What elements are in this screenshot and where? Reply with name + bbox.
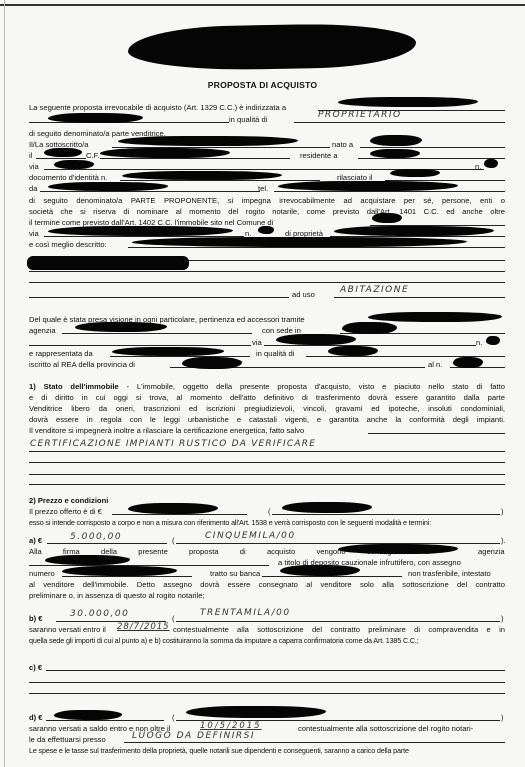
d-date: 10/5/2015 (200, 721, 262, 731)
paren-open: ( (172, 614, 175, 623)
redacted-rea-provincia (182, 357, 242, 369)
redacted-civico (484, 159, 498, 168)
intro-line-1: La seguente proposta irrevocabile di acq… (29, 103, 329, 112)
scan-border (0, 4, 525, 6)
redacted-rilascio (390, 169, 440, 177)
a-line-5: preliminare o, in assenza di questo al r… (29, 591, 205, 600)
section2-heading: 2) Prezzo e condizioni (29, 496, 108, 505)
redacted-cf (100, 148, 230, 158)
redacted-banca (280, 565, 360, 576)
redacted-immobile-via (48, 226, 233, 236)
section1-line-4: dovrà essere in regola con le leggi urba… (29, 415, 505, 424)
b-entro-label: saranno versati entro il (29, 625, 106, 634)
in-qualita-label: in qualità di (229, 115, 267, 124)
redacted-residenza (370, 149, 420, 158)
section1-line-5: Il venditore si impegnerà inoltre a rila… (29, 426, 304, 435)
redacted-rea-numero (453, 357, 483, 368)
paren-open: ( (172, 536, 175, 545)
redacted-birthdate (44, 148, 82, 157)
redacted-qualita (328, 346, 378, 356)
redacted-d-importo (54, 710, 122, 720)
b-label: b) € (29, 614, 43, 623)
section1-heading: 1) Stato dell'immobile (29, 382, 119, 391)
b-words: TRENTAMILA/00 (200, 608, 291, 618)
cf-label: C.F. (86, 151, 100, 160)
rea-label: iscritto al REA della provincia di (29, 360, 135, 369)
n-label: n. (475, 162, 481, 171)
tel-label: tel. (258, 184, 268, 193)
agenzia-label: agenzia (29, 326, 56, 335)
redacted-documento (122, 171, 282, 180)
redacted-header-logo (128, 22, 417, 71)
redacted-rappresentante (112, 347, 224, 356)
da-label: da (29, 184, 37, 193)
redacted-descrizione-1 (132, 237, 467, 247)
paren-close: ) (501, 614, 504, 623)
a-label: a) € (29, 536, 42, 545)
a-words: CINQUEMILA/00 (205, 531, 296, 541)
proponente-via-label: via (29, 229, 39, 238)
prezzo-label: Il prezzo offerto è di € (29, 507, 102, 516)
in-qualita-value: PROPRIETARIO (318, 110, 402, 120)
redacted-assegno-numero (62, 566, 177, 576)
b-date: 28/7/2015 (117, 622, 170, 632)
redacted-via (54, 160, 94, 169)
il-label: il (29, 151, 32, 160)
d-saldo-rest: contestualmente alla sottoscrizione del … (298, 724, 473, 733)
redacted-ente (48, 182, 168, 191)
agenzia-line-1: Del quale è stata presa visione in ogni … (29, 315, 305, 324)
redacted-sede (342, 322, 397, 334)
b-line-1-rest: contestualmente alla sottoscrizione del … (173, 625, 505, 634)
redacted-sottoscritto (118, 136, 298, 146)
section1-line-2: e di diritto in cui oggi si trova, al mo… (29, 393, 505, 402)
scan-edge (4, 0, 5, 767)
redacted-agenzia (75, 322, 167, 332)
redacted-name (48, 113, 143, 123)
redacted-tel (278, 181, 458, 191)
documento-label: documento d'identità n. (29, 173, 107, 182)
redacted-a-agenzia (45, 555, 130, 565)
a-line-4: al venditore dell'immobile. Detto assegn… (29, 580, 505, 589)
redacted-recipient (338, 97, 478, 107)
a-numero-label: numero (29, 569, 55, 578)
a-non-trasferibile: non trasferibile, intestato (408, 569, 491, 578)
redacted-prezzo-lettere (282, 502, 372, 513)
corrisposto-line: esso si intende corrisposto a corpo e no… (29, 518, 431, 527)
redacted-d-lettere (186, 706, 326, 718)
d-presso-label: le da effettuarsi presso (29, 735, 106, 744)
b-amount: 30.000,00 (70, 609, 129, 619)
redacted-proprietario (334, 226, 494, 236)
paren-close: ). (501, 536, 506, 545)
d-spese-line: Le spese e le tasse sul trasferimento de… (29, 746, 409, 755)
redacted-agenzia-via (276, 334, 356, 345)
redacted-consegnati-a (338, 544, 458, 554)
d-presso-value: LUOGO DA DEFINIRSI (132, 731, 255, 741)
agenzia-n-label: n. (476, 338, 482, 347)
ad-uso-label: ad uso (292, 290, 315, 299)
redacted-descrizione-2 (27, 256, 189, 270)
agenzia-via-label: via (252, 338, 262, 347)
rea-n-label: al n. (428, 360, 442, 369)
descritto-label: e così meglio descritto: (29, 240, 107, 249)
b-line-2: quella sede gli importi di cui al punto … (29, 636, 419, 645)
proponente-line-1: di seguito denominato/a PARTE PROPONENTE… (29, 196, 505, 205)
redacted-tramite (368, 312, 502, 322)
redacted-immobile-civico (258, 226, 274, 234)
a-agenzia-label: agenzia (478, 547, 505, 556)
redacted-agenzia-civico (486, 336, 500, 345)
c-label: c) € (29, 663, 42, 672)
paren-open: ( (268, 507, 271, 516)
a-amount: 5.000,00 (70, 532, 122, 542)
rappresentata-qualita-label: in qualità di (256, 349, 294, 358)
paren-close: ) (501, 713, 504, 722)
redacted-birthplace (370, 135, 422, 146)
section1-line-1: 1) Stato dell'immobile - L'immobile, ogg… (29, 382, 505, 391)
proponente-line-2: società che si riserva di nominare al mo… (29, 207, 505, 216)
nato-label: nato a (332, 140, 353, 149)
a-banca-label: tratto su banca (210, 569, 260, 578)
d-label: d) € (29, 713, 43, 722)
via-label: via (29, 162, 39, 171)
ad-uso-value: ABITAZIONE (340, 285, 409, 295)
redacted-comune (372, 213, 402, 223)
document-title: PROPOSTA DI ACQUISTO (0, 80, 525, 90)
rappresentata-label: e rappresentata da (29, 349, 93, 358)
paren-close: ) (501, 507, 504, 516)
residente-label: residente a (300, 151, 338, 160)
redacted-prezzo-importo (128, 503, 218, 514)
section1-handwritten-note: CERTIFICAZIONE IMPIANTI RUSTICO DA VERIF… (30, 439, 316, 449)
section1-line-3: Venditrice libero da oneri, trascrizioni… (29, 404, 505, 413)
scanned-document-page: PROPOSTA DI ACQUISTO La seguente propost… (0, 0, 525, 767)
paren-open: ( (172, 713, 175, 722)
